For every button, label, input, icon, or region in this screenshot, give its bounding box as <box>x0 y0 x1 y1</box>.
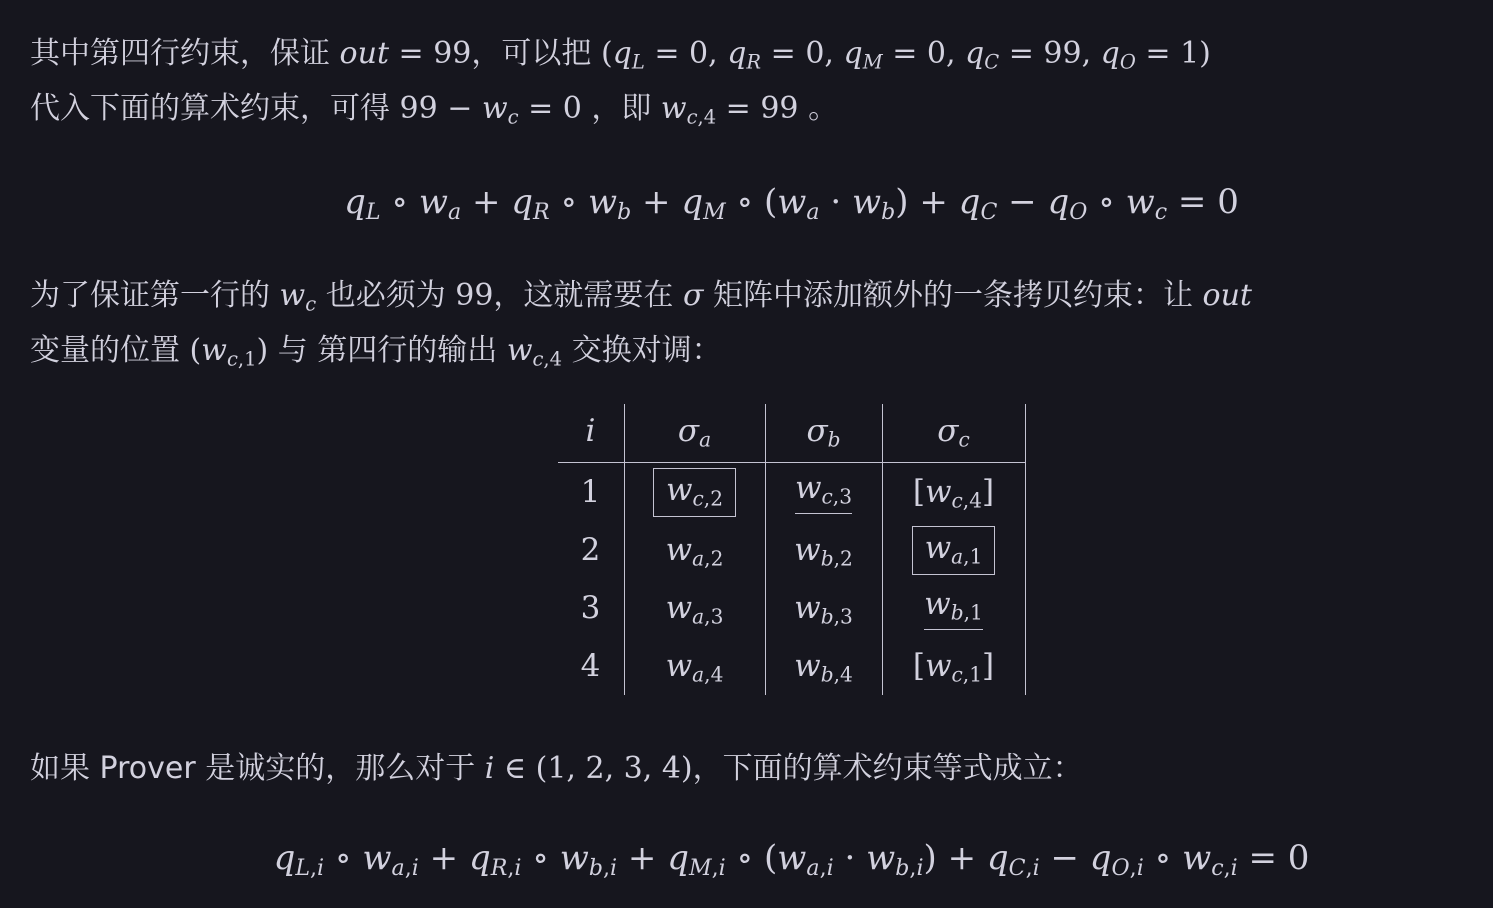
row-index-cell: 4 <box>558 637 625 695</box>
inline-math: (qL = 0, qR = 0, qM = 0, qC = 99, qO = 1… <box>601 36 1211 71</box>
sigma-table-row: 4wa,4wb,4[wc,1] <box>558 637 1026 695</box>
header-col-sigma-c: σc <box>882 404 1025 463</box>
text-run: ，即 <box>582 91 661 126</box>
text-run: 交换对调： <box>562 333 722 368</box>
equation-gate-constraint: qL ∘ wa + qR ∘ wb + qM ∘ (wa · wb) + qC … <box>60 172 1493 232</box>
paragraph-2-line-1: 为了保证第一行的 wc 也必须为 99，这就需要在 σ 矩阵中添加额外的一条拷贝… <box>30 268 1493 323</box>
text-run: ，这就需要在 <box>493 278 683 313</box>
inline-math: 99 − wc = 0 <box>400 91 582 126</box>
inline-math: 99 <box>455 278 493 313</box>
sigma-cell-b: wb,2 <box>765 521 882 579</box>
inline-math: wc,4 = 99 <box>661 91 799 126</box>
text-run: 为了保证第一行的 <box>30 278 280 313</box>
copy-constraint-underline: wc,3 <box>795 470 852 514</box>
sigma-table-header-row: i σa σb σc <box>558 404 1026 463</box>
inline-math: out <box>1203 278 1252 313</box>
sigma-cell-b: wb,4 <box>765 637 882 695</box>
sigma-cell-a: wa,2 <box>624 521 765 579</box>
sigma-permutation-table: i σa σb σc 1wc,2wc,3[wc,4]2wa,2wb,2wa,13… <box>558 404 1026 695</box>
text-run: 如果 Prover 是诚实的，那么对于 <box>30 751 485 786</box>
equation-indexed-constraint: qL,i ∘ wa,i + qR,i ∘ wb,i + qM,i ∘ (wa,i… <box>60 828 1493 888</box>
paragraph-3: 如果 Prover 是诚实的，那么对于 i ∈ (1, 2, 3, 4)，下面的… <box>30 741 1493 796</box>
document-page: 其中第四行约束，保证 out = 99，可以把 (qL = 0, qR = 0,… <box>0 0 1493 888</box>
sigma-cell-b: wc,3 <box>765 463 882 522</box>
text-run: 。 <box>799 91 839 126</box>
sigma-cell-a: wa,3 <box>624 579 765 637</box>
sigma-cell-a: wc,2 <box>624 463 765 522</box>
sigma-table-row: 1wc,2wc,3[wc,4] <box>558 463 1026 522</box>
sigma-cell-c: wa,1 <box>882 521 1025 579</box>
paragraph-1-line-2: 代入下面的算术约束，可得 99 − wc = 0 ，即 wc,4 = 99 。 <box>30 81 1493 136</box>
header-col-sigma-a: σa <box>624 404 765 463</box>
copy-constraint-box: wc,2 <box>653 468 736 517</box>
sigma-cell-c: wb,1 <box>882 579 1025 637</box>
text-run: 代入下面的算术约束，可得 <box>30 91 400 126</box>
sigma-table-row: 3wa,3wb,3wb,1 <box>558 579 1026 637</box>
header-col-i: i <box>558 404 625 463</box>
sigma-table-header: i σa σb σc <box>558 404 1026 463</box>
text-run: 也必须为 <box>316 278 455 313</box>
row-index-cell: 2 <box>558 521 625 579</box>
inline-math: i ∈ (1, 2, 3, 4) <box>485 751 693 786</box>
text-run: 与 第四行的输出 <box>268 333 507 368</box>
row-index-cell: 3 <box>558 579 625 637</box>
inline-math: wc <box>280 278 317 313</box>
inline-math: σ <box>683 278 703 313</box>
inline-math: out = 99 <box>340 36 472 71</box>
copy-constraint-underline: wb,1 <box>924 586 983 630</box>
text-run: ，下面的算术约束等式成立： <box>693 751 1083 786</box>
sigma-cell-b: wb,3 <box>765 579 882 637</box>
sigma-cell-c: [wc,1] <box>882 637 1025 695</box>
sigma-table-body: 1wc,2wc,3[wc,4]2wa,2wb,2wa,13wa,3wb,3wb,… <box>558 463 1026 696</box>
paragraph-1-line-1: 其中第四行约束，保证 out = 99，可以把 (qL = 0, qR = 0,… <box>30 26 1493 81</box>
sigma-cell-a: wa,4 <box>624 637 765 695</box>
inline-math: (wc,1) <box>190 333 269 368</box>
inline-math: wc,4 <box>507 333 562 368</box>
header-col-sigma-b: σb <box>765 404 882 463</box>
text-run: 其中第四行约束，保证 <box>30 36 340 71</box>
sigma-table-row: 2wa,2wb,2wa,1 <box>558 521 1026 579</box>
copy-constraint-box: wa,1 <box>912 526 996 575</box>
row-index-cell: 1 <box>558 463 625 522</box>
text-run: 矩阵中添加额外的一条拷贝约束：让 <box>703 278 1202 313</box>
text-run: 变量的位置 <box>30 333 190 368</box>
paragraph-2-line-2: 变量的位置 (wc,1) 与 第四行的输出 wc,4 交换对调： <box>30 323 1493 378</box>
sigma-cell-c: [wc,4] <box>882 463 1025 522</box>
text-run: ，可以把 <box>471 36 601 71</box>
